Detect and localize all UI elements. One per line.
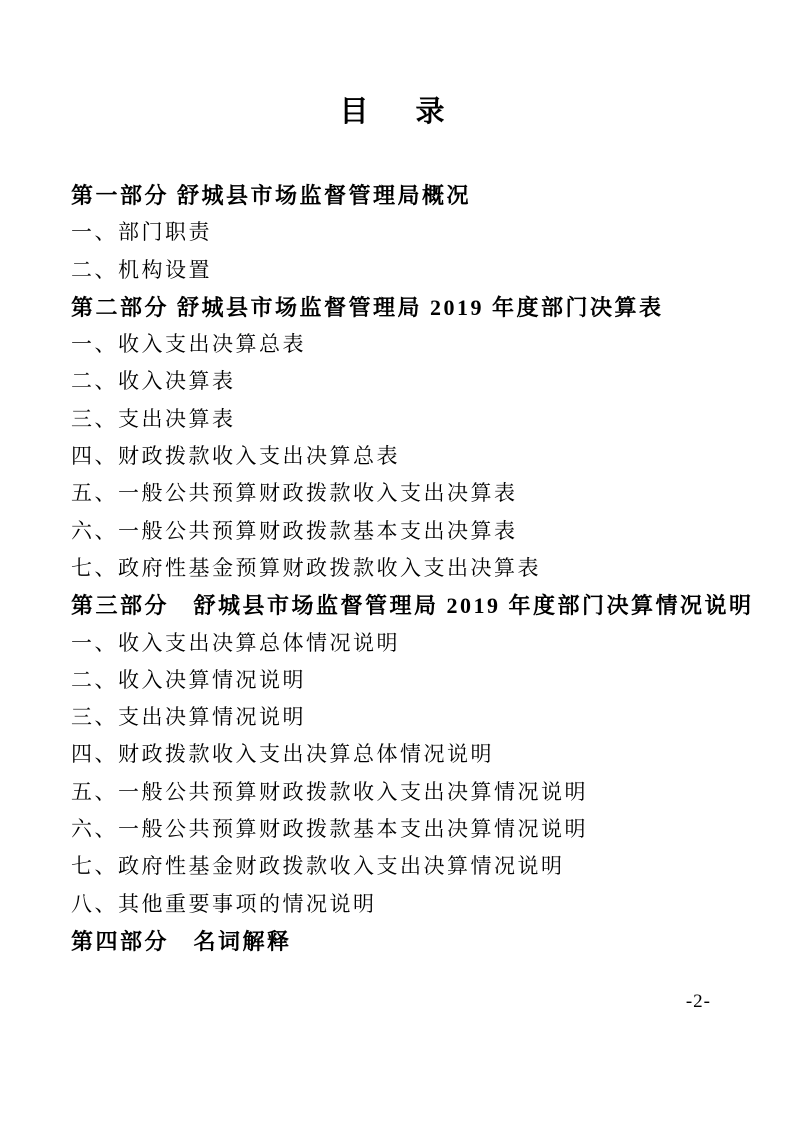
toc-part-heading: 第三部分 舒城县市场监督管理局 2019 年度部门决算情况说明 <box>71 587 757 624</box>
toc-entry: 五、一般公共预算财政拨款收入支出决算情况说明 <box>71 774 757 811</box>
toc-entry: 三、支出决算表 <box>71 401 757 438</box>
page-number: -2- <box>686 991 711 1013</box>
page-title: 目 录 <box>0 0 793 130</box>
table-of-contents: 第一部分 舒城县市场监督管理局概况 一、部门职责 二、机构设置 第二部分 舒城县… <box>0 177 793 960</box>
toc-entry: 四、财政拨款收入支出决算总表 <box>71 438 757 475</box>
toc-entry: 二、收入决算表 <box>71 363 757 400</box>
toc-entry: 七、政府性基金预算财政拨款收入支出决算表 <box>71 550 757 587</box>
toc-entry: 六、一般公共预算财政拨款基本支出决算情况说明 <box>71 811 757 848</box>
toc-entry: 七、政府性基金财政拨款收入支出决算情况说明 <box>71 848 757 885</box>
document-page: 目 录 第一部分 舒城县市场监督管理局概况 一、部门职责 二、机构设置 第二部分… <box>0 0 793 1122</box>
toc-entry: 一、部门职责 <box>71 214 757 251</box>
toc-entry: 三、支出决算情况说明 <box>71 699 757 736</box>
toc-part-heading: 第二部分 舒城县市场监督管理局 2019 年度部门决算表 <box>71 289 757 326</box>
toc-part-heading: 第四部分 名词解释 <box>71 923 757 960</box>
toc-entry: 五、一般公共预算财政拨款收入支出决算表 <box>71 475 757 512</box>
toc-entry: 一、收入支出决算总表 <box>71 326 757 363</box>
toc-entry: 一、收入支出决算总体情况说明 <box>71 625 757 662</box>
toc-entry: 二、机构设置 <box>71 252 757 289</box>
toc-entry: 四、财政拨款收入支出决算总体情况说明 <box>71 736 757 773</box>
toc-part-heading: 第一部分 舒城县市场监督管理局概况 <box>71 177 757 214</box>
toc-entry: 二、收入决算情况说明 <box>71 662 757 699</box>
toc-entry: 八、其他重要事项的情况说明 <box>71 886 757 923</box>
toc-entry: 六、一般公共预算财政拨款基本支出决算表 <box>71 513 757 550</box>
